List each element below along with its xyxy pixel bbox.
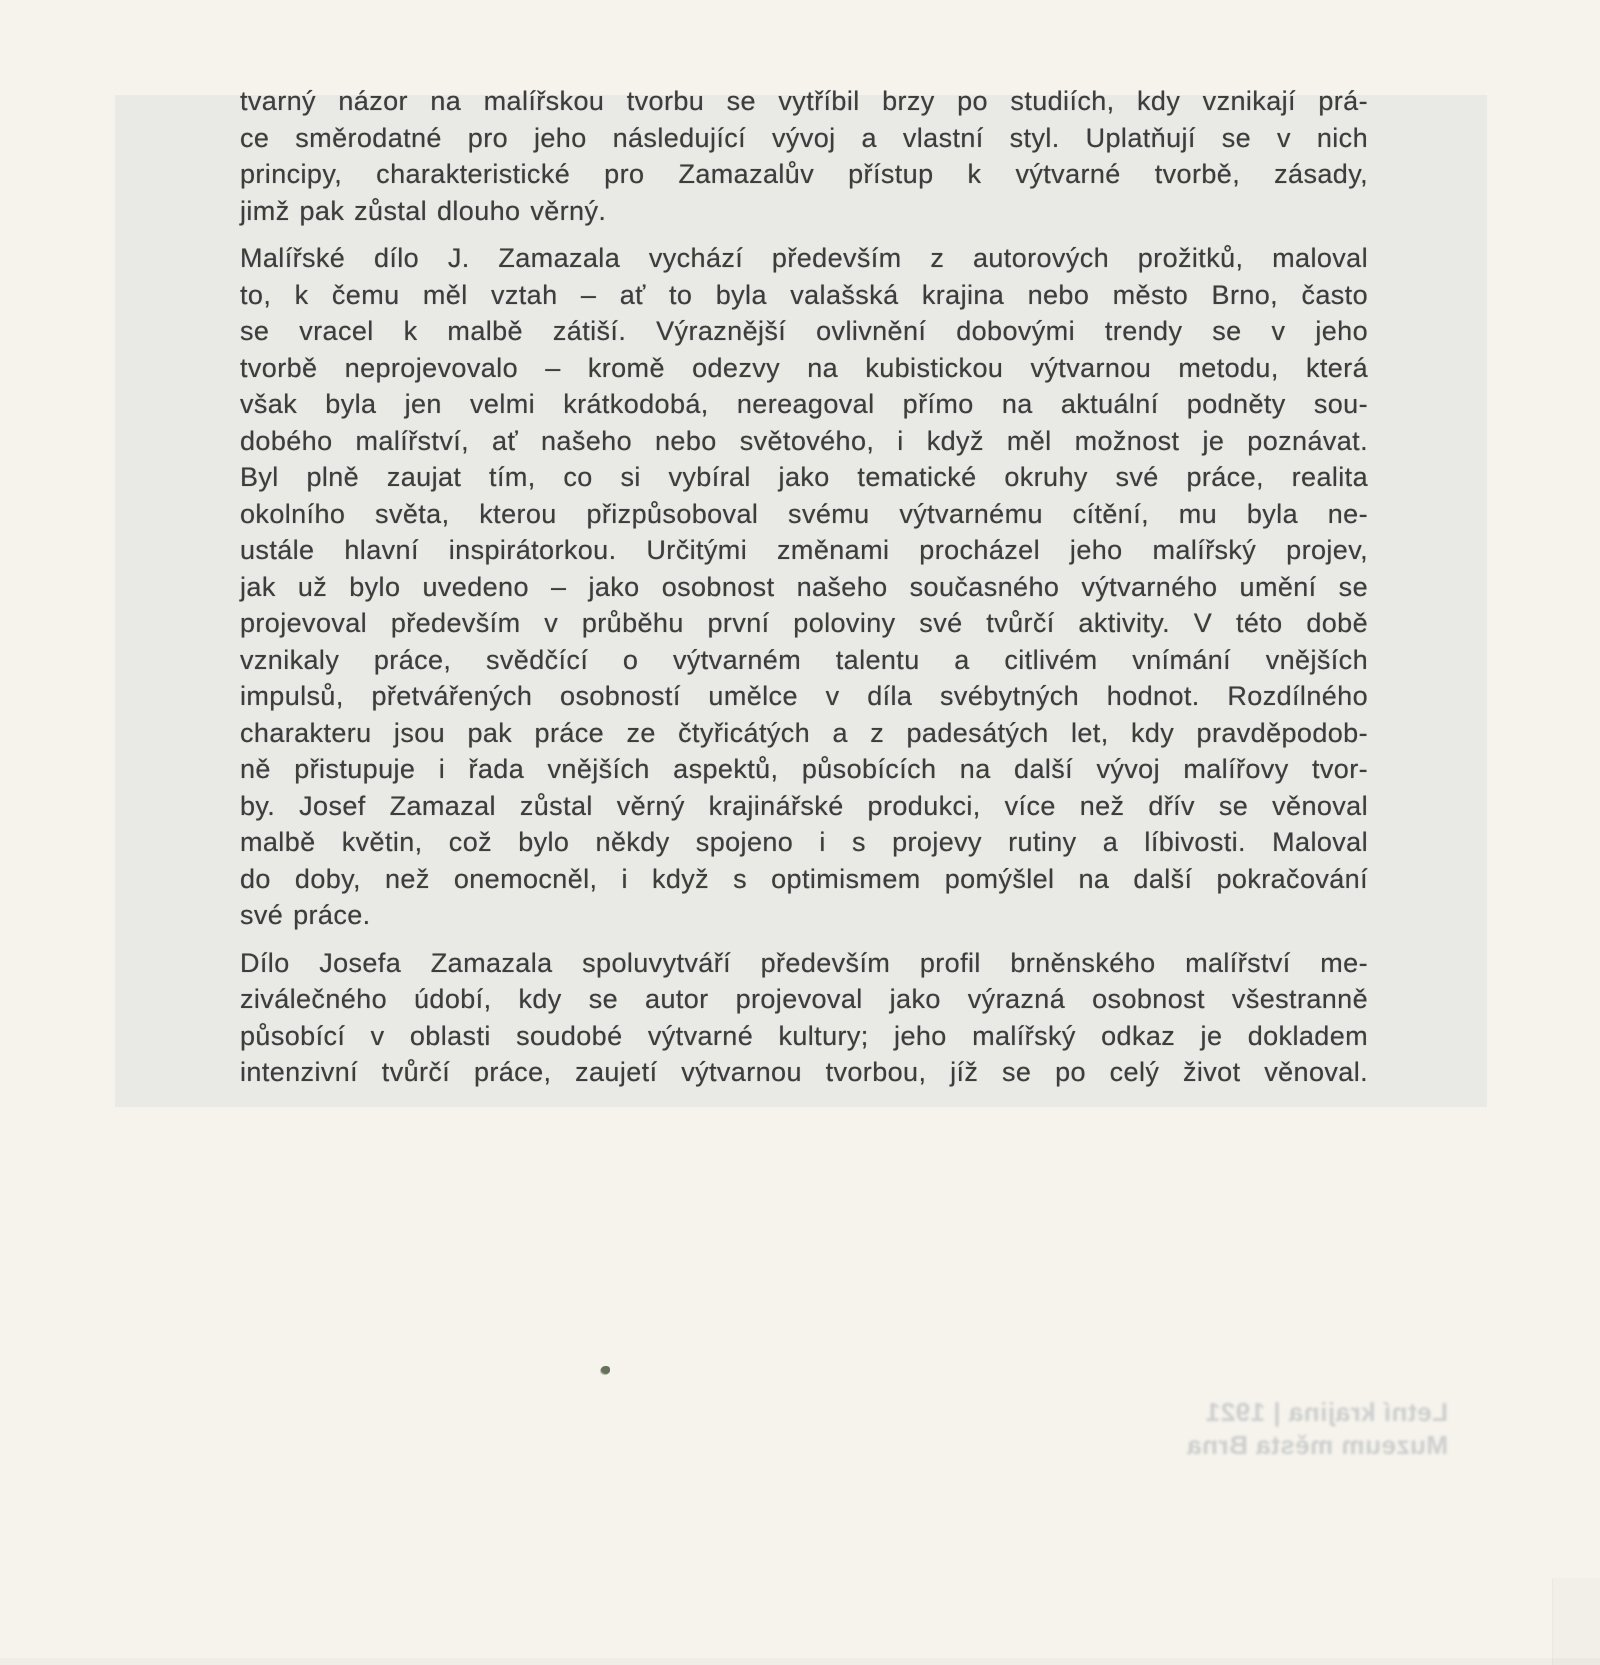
text-line: tvarný názor na malířskou tvorbu se vytř… — [240, 83, 1368, 120]
text-line: principy, charakteristické pro Zamazalův… — [240, 156, 1368, 193]
text-line: své práce. — [240, 897, 1368, 934]
text-line: Dílo Josefa Zamazala spoluvytváří předev… — [240, 945, 1368, 982]
text-line: se vracel k malbě zátiší. Výraznější ovl… — [240, 313, 1368, 350]
show-through-text: Letní krajina | 1921 Muzeum města Brna — [1128, 1396, 1448, 1462]
text-line: ziválečného údobí, kdy se autor projevov… — [240, 981, 1368, 1018]
text-line: však byla jen velmi krátkodobá, nereagov… — [240, 386, 1368, 423]
text-line: Byl plně zaujat tím, co si vybíral jako … — [240, 459, 1368, 496]
text-line: jak už bylo uvedeno – jako osobnost naše… — [240, 569, 1368, 606]
text-line: to, k čemu měl vztah – ať to byla valašs… — [240, 277, 1368, 314]
text-line: impulsů, přetvářených osobností umělce v… — [240, 678, 1368, 715]
text-line: vznikaly práce, svědčící o výtvarném tal… — [240, 642, 1368, 679]
text-line: charakteru jsou pak práce ze čtyřicátých… — [240, 715, 1368, 752]
paragraph: Dílo Josefa Zamazala spoluvytváří předev… — [240, 945, 1368, 1091]
text-line: do doby, než onemocněl, i když s optimis… — [240, 861, 1368, 898]
show-through-line2: Muzeum města Brna — [1128, 1429, 1448, 1462]
paragraph: tvarný názor na malířskou tvorbu se vytř… — [240, 83, 1368, 229]
text-line: Malířské dílo J. Zamazala vychází předev… — [240, 240, 1368, 277]
text-line: tvorbě neprojevovalo – kromě odezvy na k… — [240, 350, 1368, 387]
ink-speck — [601, 1366, 610, 1374]
text-line: ně přistupuje i řada vnějších aspektů, p… — [240, 751, 1368, 788]
text-line: by. Josef Zamazal zůstal věrný krajinářs… — [240, 788, 1368, 825]
body-text: tvarný názor na malířskou tvorbu se vytř… — [240, 83, 1368, 1091]
text-line: intenzivní tvůrčí práce, zaujetí výtvarn… — [240, 1054, 1368, 1091]
text-line: malbě květin, což bylo někdy spojeno i s… — [240, 824, 1368, 861]
text-line: ustále hlavní inspirátorkou. Určitými zm… — [240, 532, 1368, 569]
scanned-page: tvarný názor na malířskou tvorbu se vytř… — [0, 0, 1600, 1665]
text-line: projevoval především v průběhu první pol… — [240, 605, 1368, 642]
text-line: ce směrodatné pro jeho následující vývoj… — [240, 120, 1368, 157]
show-through-line1: Letní krajina | 1921 — [1128, 1396, 1448, 1429]
text-line: dobého malířství, ať našeho nebo světové… — [240, 423, 1368, 460]
page-edge-shadow — [1553, 1578, 1600, 1665]
text-line: okolního světa, kterou přizpůsoboval své… — [240, 496, 1368, 533]
page-bottom-shadow — [0, 1658, 1600, 1665]
text-line: jimž pak zůstal dlouho věrný. — [240, 193, 1368, 230]
text-line: působící v oblasti soudobé výtvarné kult… — [240, 1018, 1368, 1055]
paragraph: Malířské dílo J. Zamazala vychází předev… — [240, 240, 1368, 934]
